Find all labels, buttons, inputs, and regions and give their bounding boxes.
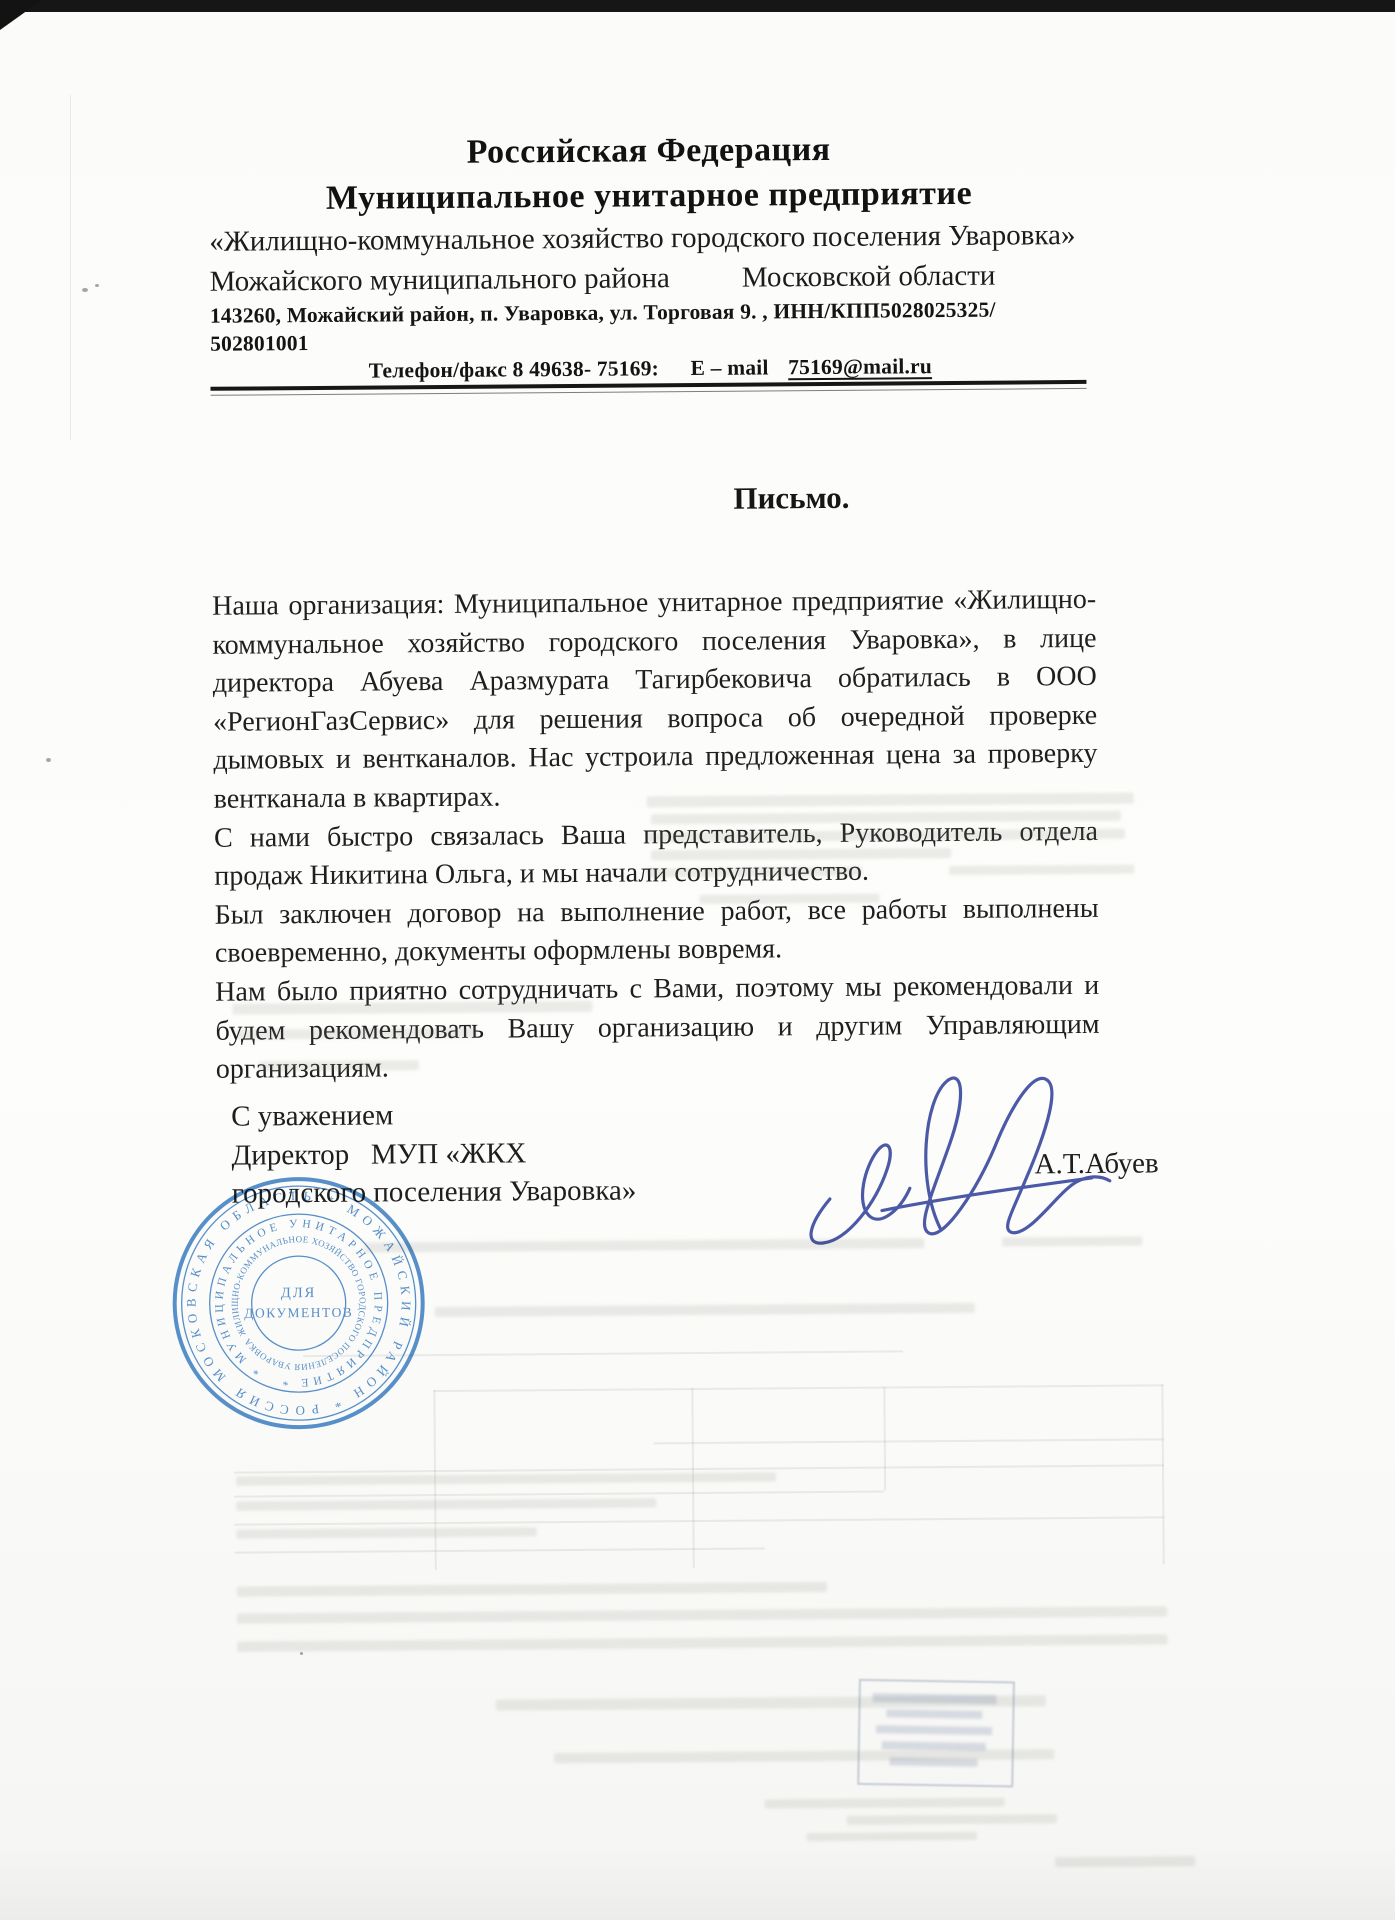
scan-corner-mark [0,0,42,30]
paper-fold-line [70,95,71,440]
stamp-center-line2: ДОКУМЕНТОВ [244,1305,353,1321]
stamp-center-line1: ДЛЯ [281,1285,317,1301]
closing-position: Директор МУП «ЖКХ [231,1133,636,1175]
closing-regards: С уважением [231,1094,636,1136]
letterhead-org-name: «Жилищно-коммунальное хозяйство городско… [209,215,1089,262]
handwritten-signature [789,1029,1121,1262]
letterhead-phone: Телефон/факс 8 49638- 75169: [369,356,659,382]
signature-icon [789,1029,1121,1262]
letterhead-address-inn: 143260, Можайский район, п. Уваровка, ул… [210,295,1090,358]
scan-speck [82,288,88,292]
stamp-outer-ring-text: МОСКОВСКАЯ ОБЛАСТЬ * МОЖАЙСКИЙ РАЙОН * Р… [170,1174,428,1432]
letterhead-district-region: Можайского муниципального района Московс… [210,255,1090,302]
ghost-rect-stamp [857,1679,1015,1788]
official-stamp: МОСКОВСКАЯ ОБЛАСТЬ * МОЖАЙСКИЙ РАЙОН * Р… [170,1174,428,1432]
letterhead-email-label: Е – mail [690,355,768,380]
letterhead-region: Московской области [742,256,996,298]
scan-speck [46,758,51,762]
letter-body: Наша организация: Муниципальное унитарно… [212,581,1100,1090]
scan-content: Российская Федерация Муниципальное унита… [0,0,1395,1920]
letterhead: Российская Федерация Муниципальное унита… [208,125,1090,386]
paper-background: Российская Федерация Муниципальное унита… [0,0,1395,1920]
letterhead-country: Российская Федерация [208,125,1088,177]
paragraph-1: Наша организация: Муниципальное унитарно… [212,581,1098,819]
paragraph-3: Был заключен договор на выполнение работ… [214,890,1099,974]
letterhead-email: 75169@mail.ru [788,354,932,379]
stamp-icon: МОСКОВСКАЯ ОБЛАСТЬ * МОЖАЙСКИЙ РАЙОН * Р… [170,1174,428,1432]
scan-edge-top [0,0,1395,12]
stamp-inner-ring-text: ЖИЛИЩНО-КОММУНАЛЬНОЕ ХОЗЯЙСТВО ГОРОДСКОГ… [204,1209,393,1398]
letterhead-district: Можайского муниципального района [210,258,670,302]
letter-title: Письмо. [733,480,849,517]
scan-speck [300,1652,303,1655]
letterhead-org-type: Муниципальное унитарное предприятие [209,170,1089,222]
scan-speck [95,284,99,287]
paragraph-2: С нами быстро связалась Ваша представите… [214,812,1099,896]
scanned-letter-page: { "letterhead": { "country": "Российская… [0,0,1395,1920]
